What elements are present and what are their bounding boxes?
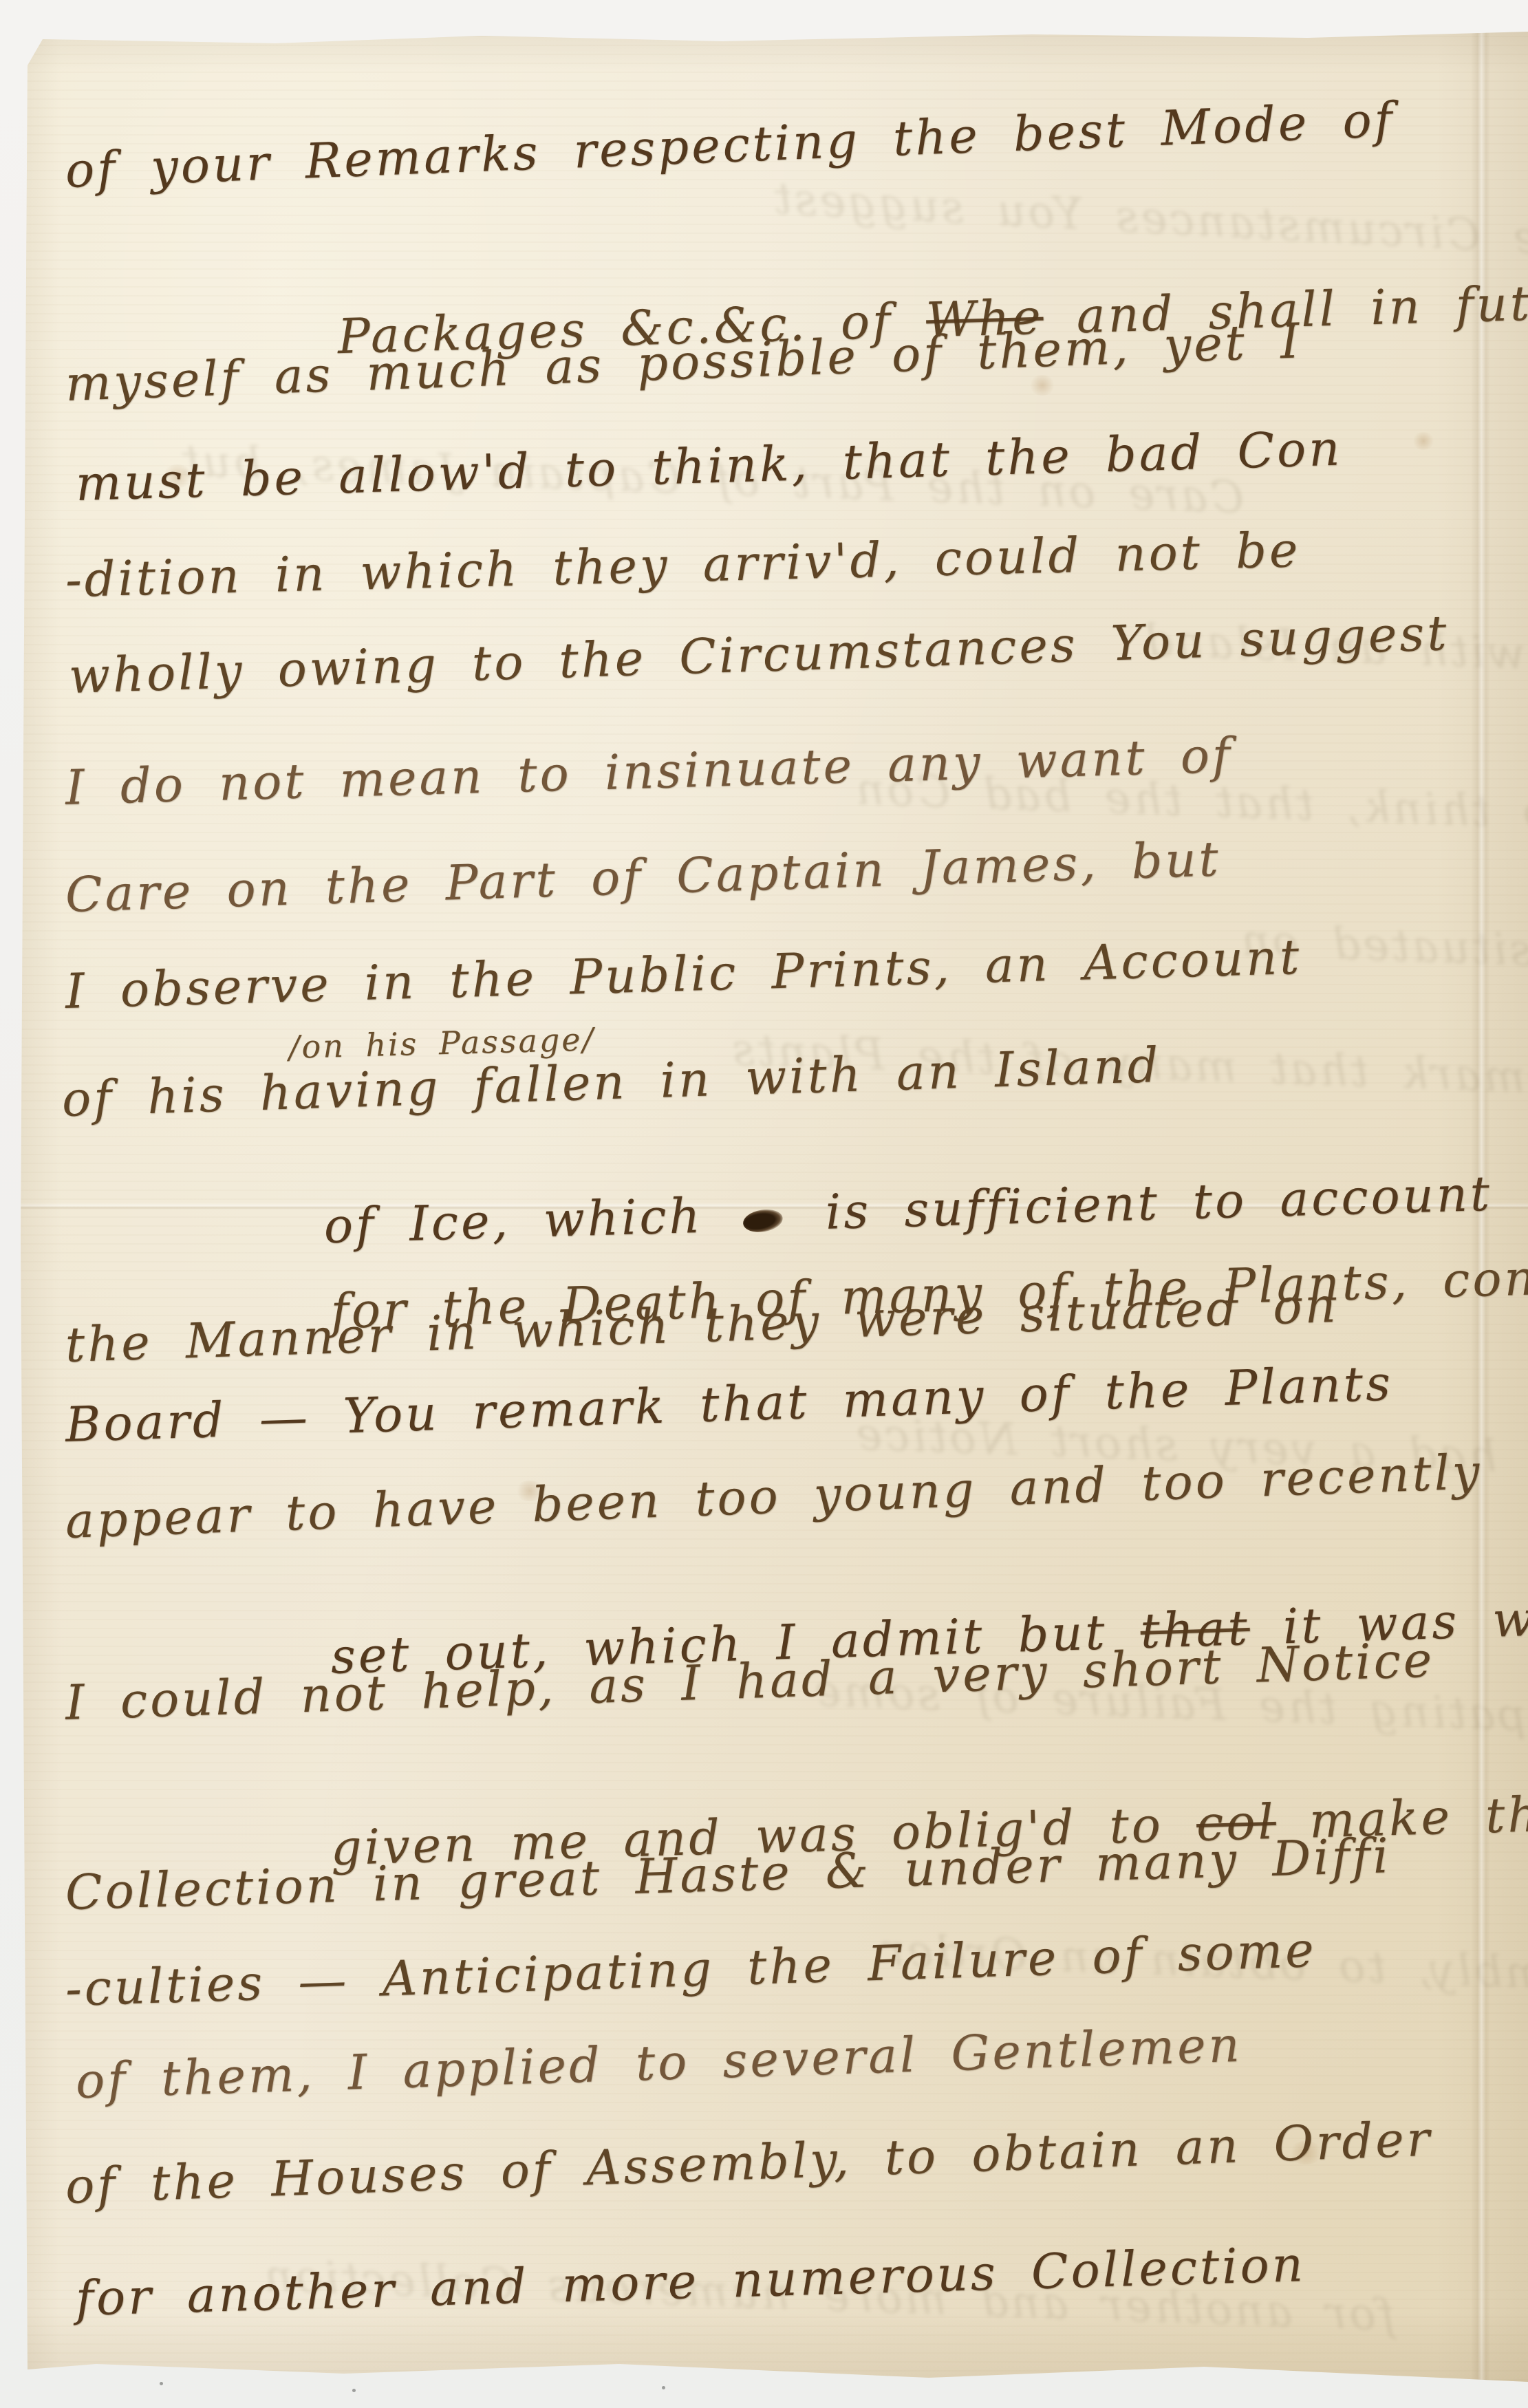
scan-speck xyxy=(352,2389,356,2392)
manuscript-line-8: Care on the Part of Captain James, but xyxy=(65,830,1222,923)
handwriting-layer: of your Remarks respecting the best Mode… xyxy=(0,0,1528,2408)
manuscript-line-21: of them, I applied to several Gentlemen xyxy=(75,2017,1243,2109)
manuscript-line-20: -culties — Anticipating the Failure of s… xyxy=(65,1922,1317,2017)
manuscript-line-1: of your Remarks respecting the best Mode… xyxy=(64,92,1396,199)
manuscript-line-6: wholly owing to the Circumstances You su… xyxy=(68,605,1450,705)
scanner-background: wholly owing to the Circumstances You su… xyxy=(0,0,1528,2408)
manuscript-line-10: of his having fallen in with an Island xyxy=(61,1037,1162,1128)
scan-speck xyxy=(160,2382,163,2385)
letter-page: wholly owing to the Circumstances You su… xyxy=(0,0,1528,2408)
manuscript-line-5: -dition in which they arriv'd, could not… xyxy=(65,522,1301,608)
manuscript-line-15: appear to have been too young and too re… xyxy=(65,1443,1483,1549)
manuscript-line-9: I observe in the Public Prints, an Accou… xyxy=(65,929,1302,1020)
scan-speck xyxy=(662,2386,665,2389)
manuscript-line-7: I do not mean to insinuate any want of xyxy=(65,727,1234,816)
manuscript-line-23: for another and more numerous Collection xyxy=(75,2236,1306,2327)
manuscript-line-22: of the Houses of Assembly, to obtain an … xyxy=(65,2111,1434,2215)
manuscript-line-4: must be allow'd to think, that the bad C… xyxy=(75,420,1343,512)
